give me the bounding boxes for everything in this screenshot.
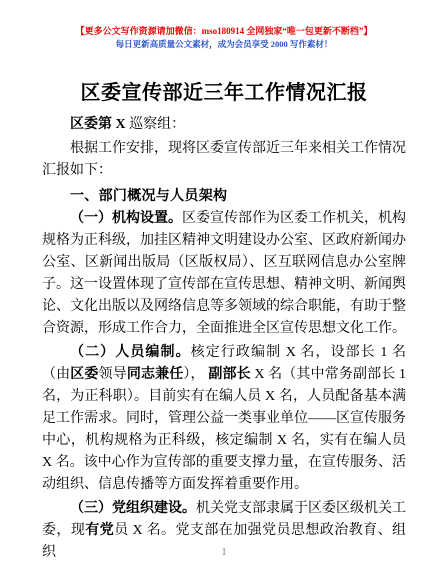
intro-paragraph: 根据工作安排，现将区委宣传部近三年来相关工作情况汇报如下： xyxy=(42,138,406,182)
staffing-run-3: 领导 xyxy=(99,367,127,382)
staffing-run-4: 同志兼任 xyxy=(127,367,184,382)
org-setup-text: 区委宣传部作为区委工作机关，机构规格为正科级，加挂区精神文明建设办公室、区政府新… xyxy=(42,211,406,336)
org-setup-label: （一）机构设置。 xyxy=(70,211,182,226)
document-title: 区委宣传部近三年工作情况汇报 xyxy=(0,81,448,105)
party-building-run-2: 有党 xyxy=(85,523,114,538)
page-number: 1 xyxy=(0,547,448,558)
staffing-run-6: 副部长 xyxy=(208,367,250,382)
document-body: 区委第 X 巡察组： 根据工作安排，现将区委宣传部近三年来相关工作情况汇报如下：… xyxy=(42,114,406,564)
salutation: 区委第 X 巡察组： xyxy=(42,114,406,136)
paragraph-org-setup: （一）机构设置。区委宣传部作为区委工作机关，机构规格为正科级，加挂区精神文明建设… xyxy=(42,208,406,340)
staffing-run-5: ）， xyxy=(183,367,208,382)
staffing-run-2: 区委 xyxy=(70,367,98,382)
salutation-rest: 巡察组： xyxy=(129,117,185,132)
paragraph-staffing: （二）人员编制。核定行政编制 X 名，设部长 1 名（由区委领导同志兼任）， 副… xyxy=(42,342,406,496)
salutation-bold: 区委第 X xyxy=(70,117,129,132)
promo-line-1: 【更多公文写作资源请加微信：mso180914 全网独家“唯一包更新不断档”】 xyxy=(0,25,448,38)
staffing-label: （二）人员编制。 xyxy=(70,345,191,360)
document-page: 【更多公文写作资源请加微信：mso180914 全网独家“唯一包更新不断档”】 … xyxy=(0,0,448,580)
promo-line-2: 每日更新高质量公文素材，成为会员享受 2000 写作素材！ xyxy=(0,38,448,50)
promo-header: 【更多公文写作资源请加微信：mso180914 全网独家“唯一包更新不断档”】 … xyxy=(0,25,448,50)
section-1-heading: 一、部门概况与人员架构 xyxy=(42,184,406,206)
staffing-run-7: X 名（其中常务副部长 1 名，为正科职）。目前实有在编人员 X 名，人员配备基… xyxy=(42,367,406,492)
party-building-label: （三）党组织建设。 xyxy=(70,501,196,516)
